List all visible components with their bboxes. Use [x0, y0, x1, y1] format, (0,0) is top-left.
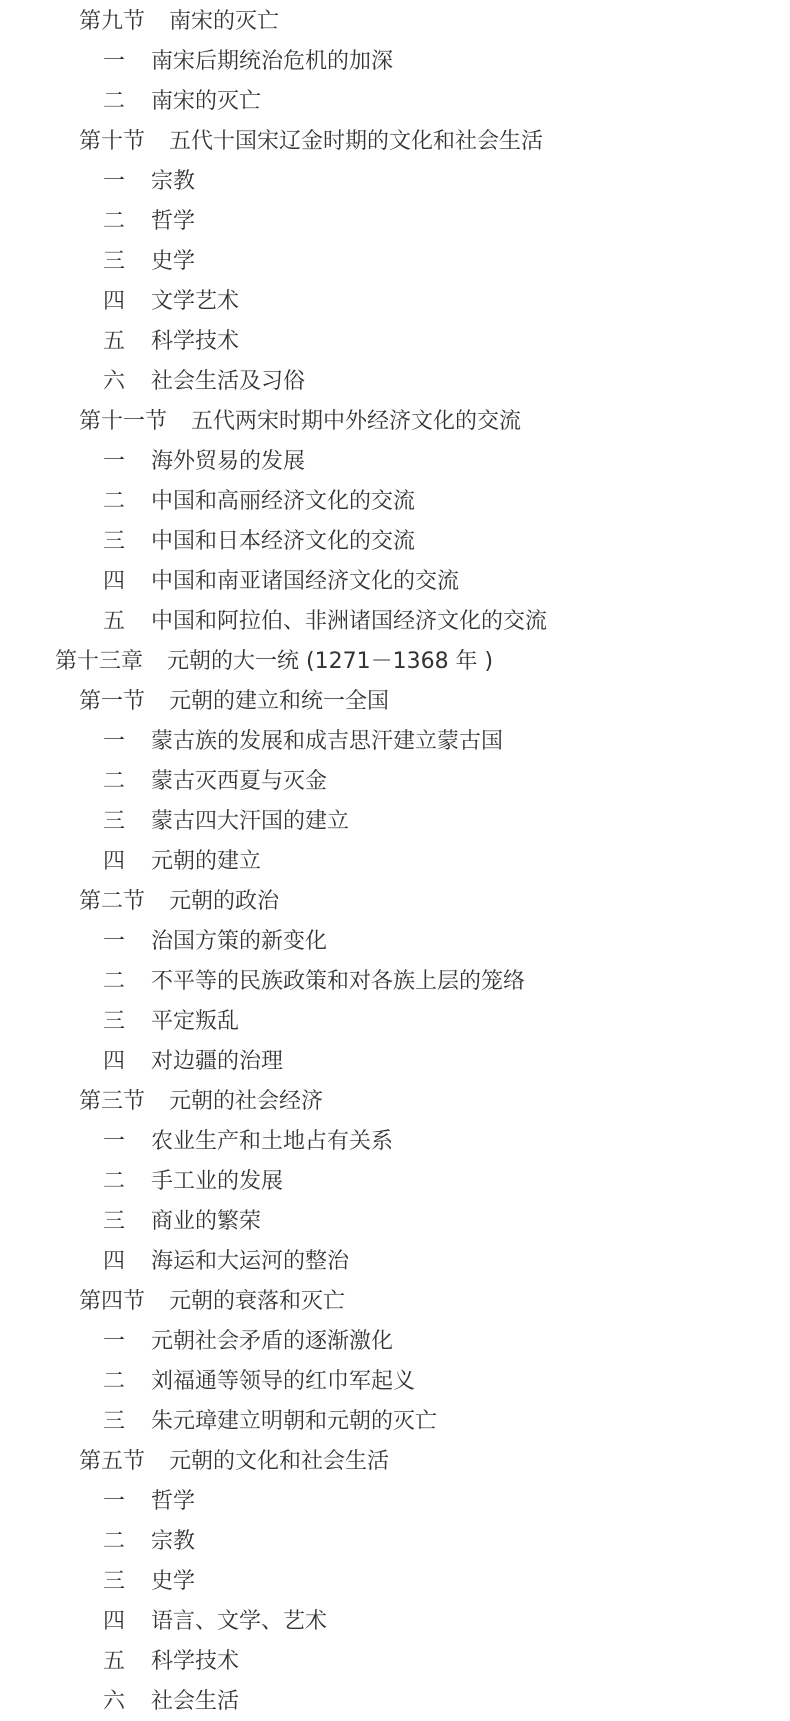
toc-item-entry[interactable]: 四文学艺术 [0, 282, 790, 322]
toc-entry-title: 元朝的文化和社会生活 [169, 1442, 389, 1482]
toc-entry-title: 中国和南亚诸国经济文化的交流 [151, 562, 459, 602]
toc-item-entry[interactable]: 三朱元璋建立明朝和元朝的灭亡 [0, 1402, 790, 1442]
toc-entry-number: 四 [103, 1042, 127, 1082]
toc-entry-number: 三 [103, 522, 127, 562]
toc-entry-number: 二 [103, 1522, 127, 1562]
toc-section-entry[interactable]: 第九节南宋的灭亡 [0, 2, 790, 42]
toc-entry-title: 朱元璋建立明朝和元朝的灭亡 [151, 1402, 437, 1442]
toc-entry-number: 一 [103, 162, 127, 202]
toc-section-entry[interactable]: 第十节五代十国宋辽金时期的文化和社会生活 [0, 122, 790, 162]
toc-entry-number: 二 [103, 1162, 127, 1202]
toc-entry-number: 五 [103, 322, 127, 362]
toc-chapter-entry[interactable]: 第十三章元朝的大一统 (1271－1368 年 ) [0, 642, 790, 682]
toc-item-entry[interactable]: 二宗教 [0, 1522, 790, 1562]
toc-entry-number: 一 [103, 442, 127, 482]
toc-entry-title: 元朝社会矛盾的逐渐激化 [151, 1322, 393, 1362]
toc-section-entry[interactable]: 第十一节五代两宋时期中外经济文化的交流 [0, 402, 790, 442]
toc-entry-title: 平定叛乱 [151, 1002, 239, 1042]
toc-entry-title: 元朝的社会经济 [169, 1082, 323, 1122]
toc-entry-number: 一 [103, 722, 127, 762]
toc-entry-number: 五 [103, 1642, 127, 1682]
toc-entry-title: 海外贸易的发展 [151, 442, 305, 482]
toc-entry-number: 一 [103, 1482, 127, 1522]
toc-entry-number: 二 [103, 482, 127, 522]
toc-entry-number: 第一节 [79, 682, 145, 722]
table-of-contents: 第九节南宋的灭亡一南宋后期统治危机的加深二南宋的灭亡第十节五代十国宋辽金时期的文… [0, 2, 790, 1721]
toc-entry-number: 二 [103, 762, 127, 802]
toc-item-entry[interactable]: 一海外贸易的发展 [0, 442, 790, 482]
toc-entry-title: 对边疆的治理 [151, 1042, 283, 1082]
toc-entry-title: 五代两宋时期中外经济文化的交流 [191, 402, 521, 442]
toc-entry-title: 商业的繁荣 [151, 1202, 261, 1242]
toc-entry-title: 宗教 [151, 162, 195, 202]
toc-entry-number: 四 [103, 1602, 127, 1642]
toc-item-entry[interactable]: 四海运和大运河的整治 [0, 1242, 790, 1282]
toc-entry-number: 第四节 [79, 1282, 145, 1322]
toc-item-entry[interactable]: 六社会生活 [0, 1682, 790, 1721]
toc-item-entry[interactable]: 一宗教 [0, 162, 790, 202]
toc-item-entry[interactable]: 一元朝社会矛盾的逐渐激化 [0, 1322, 790, 1362]
toc-entry-title: 史学 [151, 242, 195, 282]
toc-entry-title: 科学技术 [151, 1642, 239, 1682]
toc-entry-title: 海运和大运河的整治 [151, 1242, 349, 1282]
toc-entry-title: 南宋的灭亡 [169, 2, 279, 42]
toc-entry-title: 中国和日本经济文化的交流 [151, 522, 415, 562]
toc-entry-number: 第五节 [79, 1442, 145, 1482]
toc-entry-title: 蒙古族的发展和成吉思汗建立蒙古国 [151, 722, 503, 762]
toc-entry-number: 第十一节 [79, 402, 167, 442]
toc-entry-title: 不平等的民族政策和对各族上层的笼络 [151, 962, 525, 1002]
toc-entry-number: 二 [103, 1362, 127, 1402]
toc-item-entry[interactable]: 三蒙古四大汗国的建立 [0, 802, 790, 842]
toc-entry-number: 三 [103, 1562, 127, 1602]
toc-item-entry[interactable]: 二刘福通等领导的红巾军起义 [0, 1362, 790, 1402]
toc-item-entry[interactable]: 二手工业的发展 [0, 1162, 790, 1202]
toc-entry-number: 五 [103, 602, 127, 642]
toc-item-entry[interactable]: 四元朝的建立 [0, 842, 790, 882]
toc-entry-title: 中国和阿拉伯、非洲诸国经济文化的交流 [151, 602, 547, 642]
toc-entry-number: 四 [103, 842, 127, 882]
toc-entry-title: 元朝的大一统 (1271－1368 年 ) [167, 642, 493, 682]
toc-item-entry[interactable]: 三平定叛乱 [0, 1002, 790, 1042]
toc-item-entry[interactable]: 二不平等的民族政策和对各族上层的笼络 [0, 962, 790, 1002]
toc-item-entry[interactable]: 一治国方策的新变化 [0, 922, 790, 962]
toc-item-entry[interactable]: 二中国和高丽经济文化的交流 [0, 482, 790, 522]
toc-entry-number: 第三节 [79, 1082, 145, 1122]
toc-item-entry[interactable]: 一农业生产和土地占有关系 [0, 1122, 790, 1162]
toc-section-entry[interactable]: 第二节元朝的政治 [0, 882, 790, 922]
toc-entry-title: 元朝的政治 [169, 882, 279, 922]
toc-entry-title: 中国和高丽经济文化的交流 [151, 482, 415, 522]
toc-entry-number: 四 [103, 1242, 127, 1282]
toc-entry-title: 元朝的衰落和灭亡 [169, 1282, 345, 1322]
toc-entry-number: 一 [103, 922, 127, 962]
toc-entry-title: 语言、文学、艺术 [151, 1602, 327, 1642]
toc-item-entry[interactable]: 一哲学 [0, 1482, 790, 1522]
toc-entry-number: 三 [103, 802, 127, 842]
toc-entry-number: 六 [103, 1682, 127, 1721]
toc-entry-number: 一 [103, 1322, 127, 1362]
toc-entry-number: 第十三章 [55, 642, 143, 682]
toc-item-entry[interactable]: 四中国和南亚诸国经济文化的交流 [0, 562, 790, 602]
toc-entry-number: 第九节 [79, 2, 145, 42]
toc-item-entry[interactable]: 一蒙古族的发展和成吉思汗建立蒙古国 [0, 722, 790, 762]
toc-section-entry[interactable]: 第五节元朝的文化和社会生活 [0, 1442, 790, 1482]
toc-entry-title: 元朝的建立和统一全国 [169, 682, 389, 722]
toc-item-entry[interactable]: 三史学 [0, 1562, 790, 1602]
toc-section-entry[interactable]: 第四节元朝的衰落和灭亡 [0, 1282, 790, 1322]
toc-entry-title: 科学技术 [151, 322, 239, 362]
toc-item-entry[interactable]: 三中国和日本经济文化的交流 [0, 522, 790, 562]
toc-entry-number: 一 [103, 1122, 127, 1162]
toc-entry-title: 元朝的建立 [151, 842, 261, 882]
toc-item-entry[interactable]: 一南宋后期统治危机的加深 [0, 42, 790, 82]
toc-entry-title: 宗教 [151, 1522, 195, 1562]
toc-entry-number: 三 [103, 1002, 127, 1042]
toc-item-entry[interactable]: 五科学技术 [0, 322, 790, 362]
toc-item-entry[interactable]: 三史学 [0, 242, 790, 282]
toc-entry-title: 蒙古灭西夏与灭金 [151, 762, 327, 802]
toc-item-entry[interactable]: 六社会生活及习俗 [0, 362, 790, 402]
toc-entry-number: 二 [103, 202, 127, 242]
toc-entry-title: 农业生产和土地占有关系 [151, 1122, 393, 1162]
toc-entry-number: 一 [103, 42, 127, 82]
toc-entry-title: 史学 [151, 1562, 195, 1602]
toc-entry-title: 五代十国宋辽金时期的文化和社会生活 [169, 122, 543, 162]
toc-entry-title: 南宋的灭亡 [151, 82, 261, 122]
toc-entry-number: 第十节 [79, 122, 145, 162]
toc-entry-title: 哲学 [151, 1482, 195, 1522]
toc-entry-title: 手工业的发展 [151, 1162, 283, 1202]
toc-entry-title: 治国方策的新变化 [151, 922, 327, 962]
toc-entry-number: 四 [103, 282, 127, 322]
toc-item-entry[interactable]: 五中国和阿拉伯、非洲诸国经济文化的交流 [0, 602, 790, 642]
toc-entry-title: 刘福通等领导的红巾军起义 [151, 1362, 415, 1402]
toc-item-entry[interactable]: 四对边疆的治理 [0, 1042, 790, 1082]
toc-item-entry[interactable]: 五科学技术 [0, 1642, 790, 1682]
toc-entry-title: 蒙古四大汗国的建立 [151, 802, 349, 842]
toc-item-entry[interactable]: 二南宋的灭亡 [0, 82, 790, 122]
toc-entry-number: 二 [103, 82, 127, 122]
toc-entry-number: 六 [103, 362, 127, 402]
toc-section-entry[interactable]: 第一节元朝的建立和统一全国 [0, 682, 790, 722]
toc-entry-number: 二 [103, 962, 127, 1002]
toc-entry-number: 第二节 [79, 882, 145, 922]
toc-section-entry[interactable]: 第三节元朝的社会经济 [0, 1082, 790, 1122]
toc-entry-number: 三 [103, 242, 127, 282]
toc-entry-title: 哲学 [151, 202, 195, 242]
toc-entry-number: 四 [103, 562, 127, 602]
toc-item-entry[interactable]: 四语言、文学、艺术 [0, 1602, 790, 1642]
toc-item-entry[interactable]: 三商业的繁荣 [0, 1202, 790, 1242]
toc-item-entry[interactable]: 二蒙古灭西夏与灭金 [0, 762, 790, 802]
toc-item-entry[interactable]: 二哲学 [0, 202, 790, 242]
toc-entry-number: 三 [103, 1202, 127, 1242]
toc-entry-title: 社会生活 [151, 1682, 239, 1721]
toc-entry-title: 文学艺术 [151, 282, 239, 322]
toc-entry-title: 南宋后期统治危机的加深 [151, 42, 393, 82]
toc-entry-title: 社会生活及习俗 [151, 362, 305, 402]
toc-entry-number: 三 [103, 1402, 127, 1442]
